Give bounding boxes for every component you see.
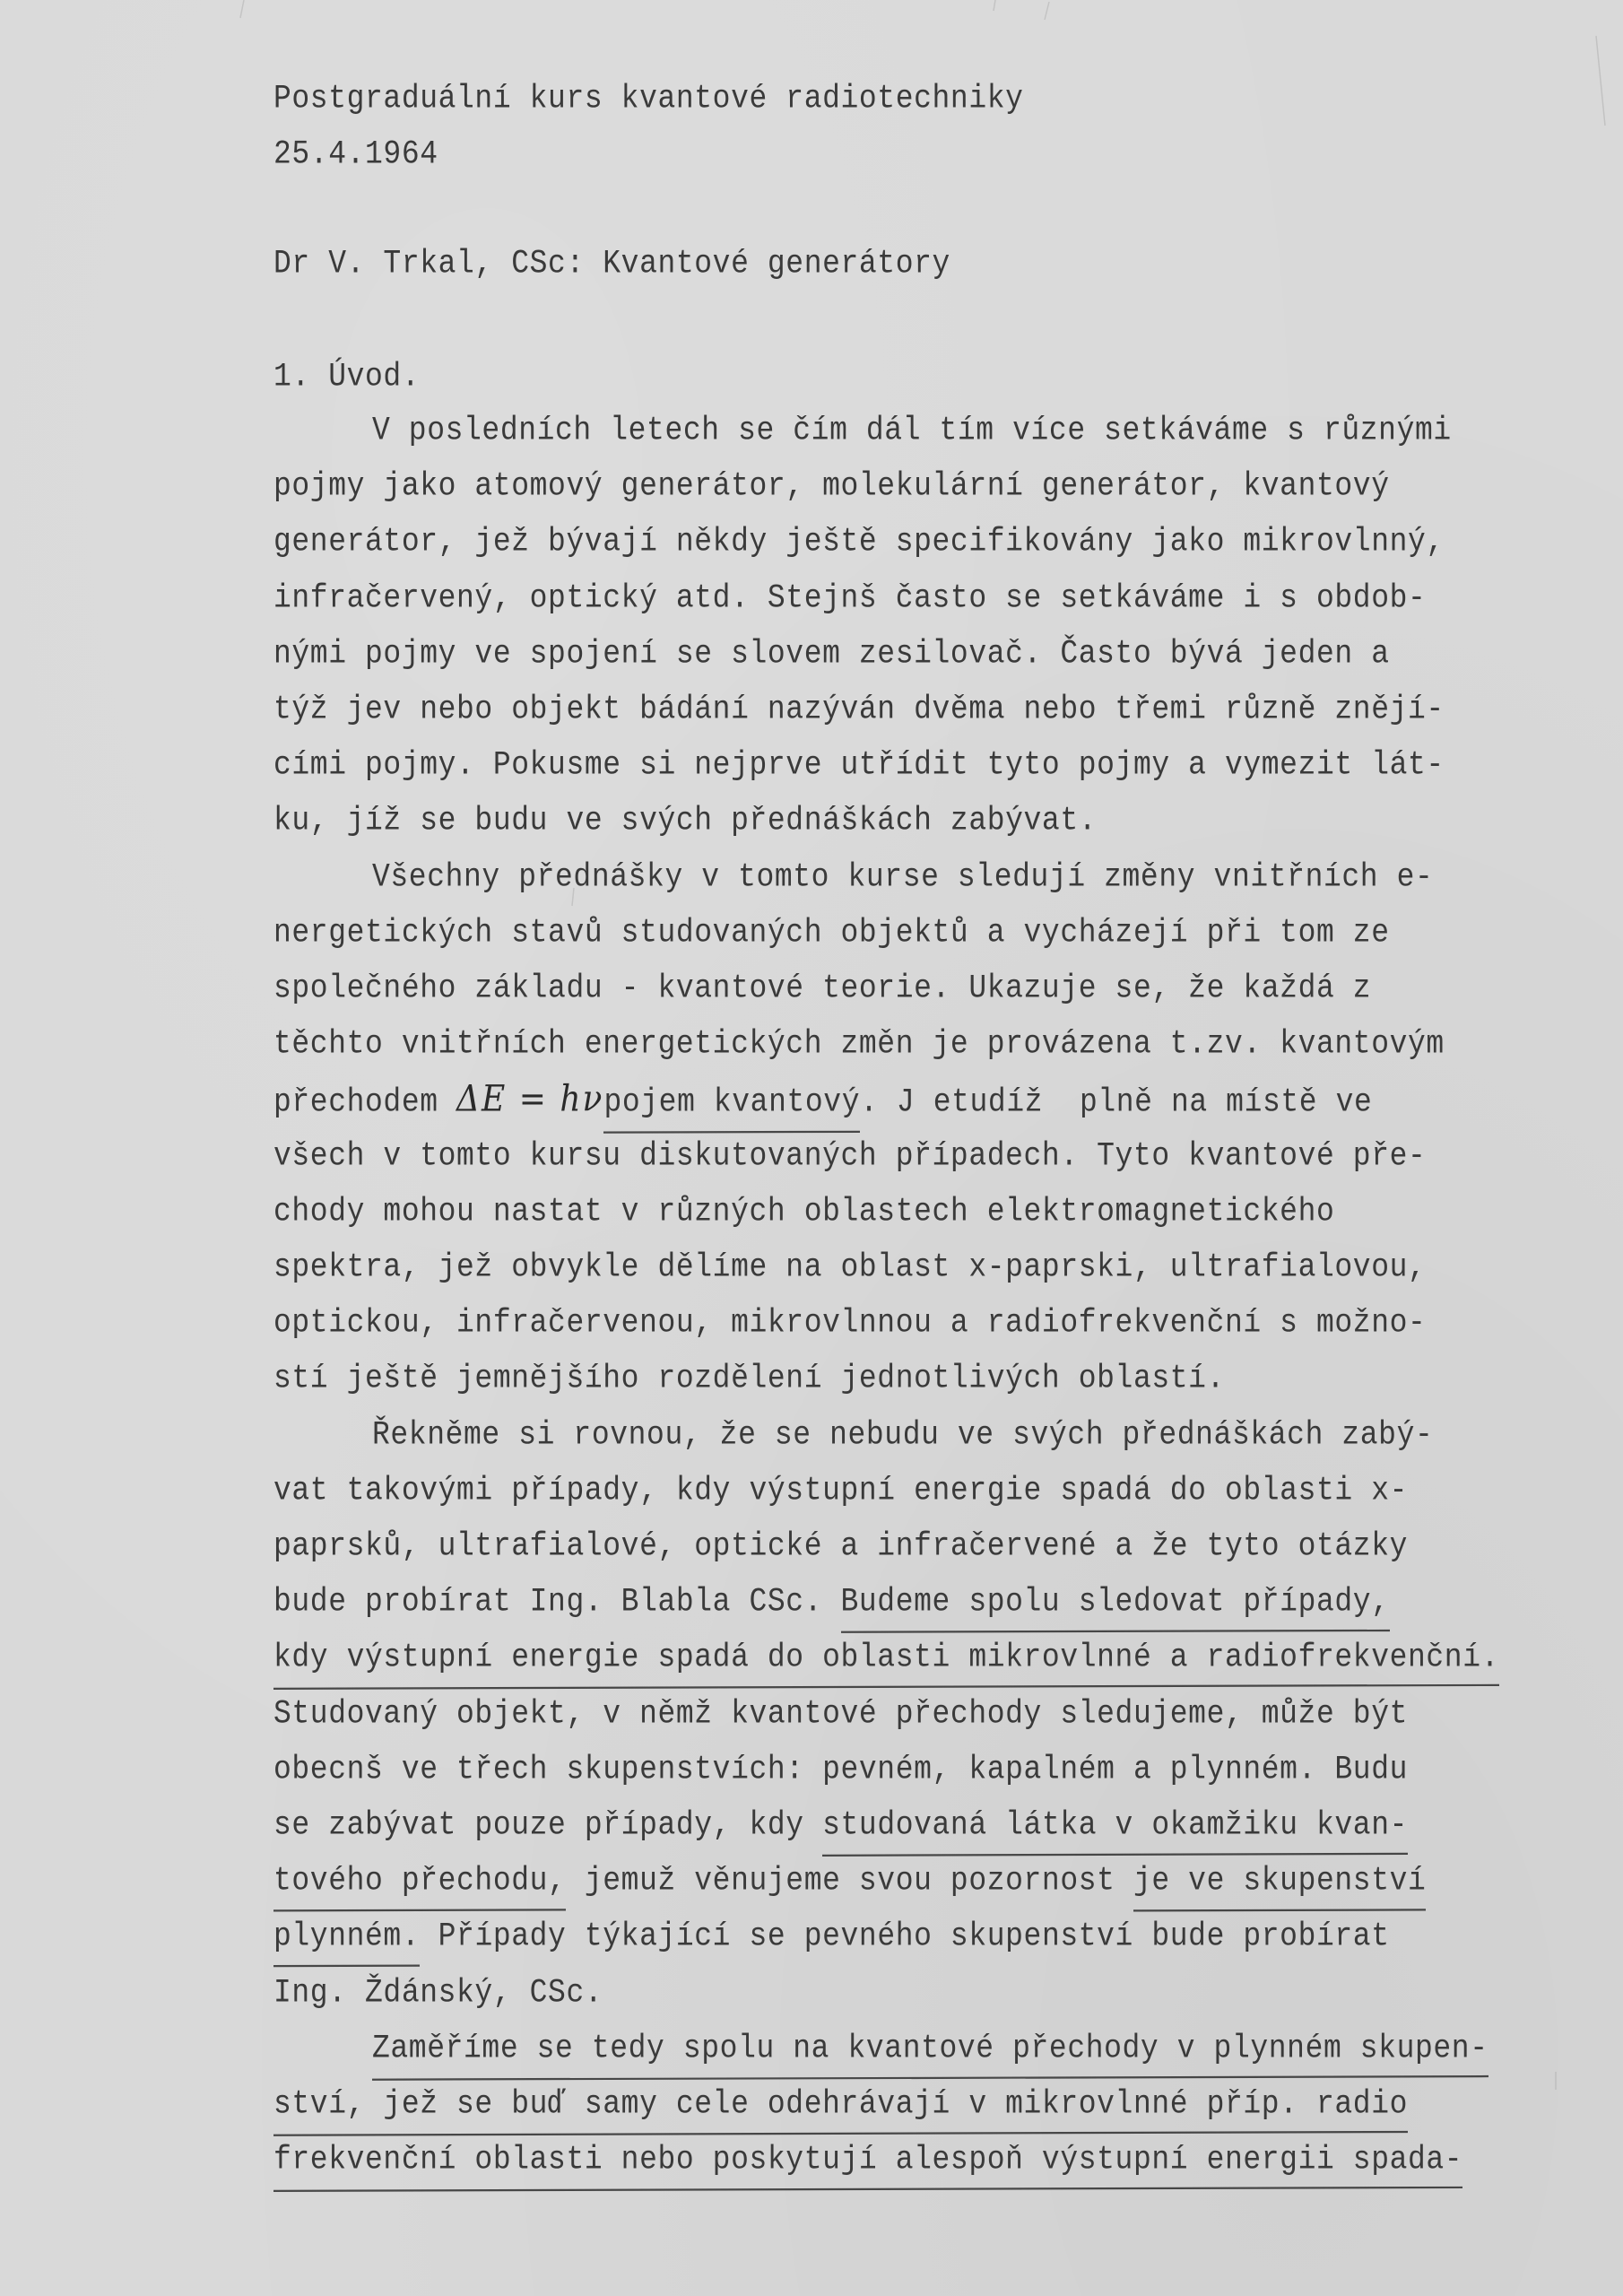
text-line: těchto vnitřních energetických změn je p… (273, 1024, 1445, 1065)
line-text: obecnš ve třech skupenstvích: pevném, ka… (273, 1751, 1408, 1787)
text-line: pojmy jako atomový generátor, molekulárn… (273, 466, 1390, 507)
text-line: plynném. Případy týkající se pevného sku… (273, 1917, 1390, 1957)
text-line: chody mohou nastat v různých oblastech e… (273, 1192, 1334, 1232)
document-date: 25.4.1964 (273, 135, 438, 175)
text-line: společného základu - kvantové teorie. Uk… (273, 969, 1371, 1009)
line-text: chody mohou nastat v různých oblastech e… (273, 1193, 1334, 1230)
line-text: V posledních letech se čím dál tím více … (372, 412, 1452, 448)
line-text: pojmy jako atomový generátor, molekulárn… (273, 467, 1390, 504)
text-line: infračervený, optický atd. Stejnš často … (273, 578, 1426, 619)
underlined-text: tového přechodu, (273, 1862, 566, 1899)
line-text: Studovaný objekt, v němž kvantové přecho… (273, 1695, 1408, 1732)
line-text: všech v tomto kursu diskutovaných případ… (273, 1137, 1426, 1174)
text-line: generátor, jež bývají někdy ještě specif… (273, 522, 1445, 562)
line-text: ku, jíž se budu ve svých přednáškách zab… (273, 803, 1097, 839)
underlined-text: plynném. (273, 1918, 420, 1955)
author-and-topic: Dr V. Trkal, CSc: Kvantové generátory (273, 244, 950, 284)
line-text: Případy týkající se pevného skupenství b… (420, 1918, 1389, 1955)
text-line: ství, jež se buď samy cele odehrávají v … (273, 2084, 1408, 2125)
text-line: nergetických stavů studovaných objektů a… (273, 913, 1390, 953)
text-line: Řekněme si rovnou, že se nebudu ve svých… (372, 1415, 1433, 1456)
underlined-text: kdy výstupní energie spadá do oblasti mi… (273, 1639, 1499, 1676)
line-text: stí ještě jemnějšího rozdělení jednotliv… (273, 1361, 1225, 1397)
text-line: Ing. Ždánský, CSc. (273, 1973, 603, 2013)
line-text: bude probírat Ing. Blabla CSc. (273, 1583, 841, 1620)
text-line: Všechny přednášky v tomto kurse sledují … (372, 857, 1433, 898)
underlined-text: Zaměříme se tedy spolu na kvantové přech… (372, 2030, 1488, 2066)
text-line: stí ještě jemnějšího rozdělení jednotliv… (273, 1359, 1225, 1399)
line-text: společného základu - kvantové teorie. Uk… (273, 970, 1371, 1006)
text-line: přechodem ΔE = hνpojem kvantový. J etudí… (273, 1080, 1372, 1123)
text-line: tového přechodu, jemuž věnujeme svou poz… (273, 1861, 1426, 1901)
line-text: optickou, infračervenou, mikrovlnnou a r… (273, 1304, 1426, 1341)
text-line: spektra, jež obvykle dělíme na oblast x-… (273, 1248, 1426, 1288)
line-text: . J etudíž (860, 1084, 1061, 1121)
text-line: cími pojmy. Pokusme si nejprve utřídit t… (273, 745, 1445, 786)
course-title: Postgraduální kurs kvantové radiotechnik… (273, 79, 1024, 119)
line-text: Řekněme si rovnou, že se nebudu ve svých… (372, 1416, 1433, 1453)
underlined-text: Budeme spolu sledovat případy, (841, 1583, 1390, 1620)
text-line: nými pojmy ve spojení se slovem zesilova… (273, 634, 1390, 674)
text-line: se zabývat pouze případy, kdy studovaná … (273, 1805, 1408, 1846)
text-line: optickou, infračervenou, mikrovlnnou a r… (273, 1303, 1426, 1344)
line-text: spektra, jež obvykle dělíme na oblast x-… (273, 1248, 1426, 1285)
line-text: Všechny přednášky v tomto kurse sledují … (372, 858, 1433, 895)
line-text: plně na místě ve (1062, 1084, 1373, 1121)
underlined-text: pojem kvantový (603, 1084, 860, 1121)
text-line: frekvenční oblasti nebo poskytují alespo… (273, 2140, 1462, 2180)
line-text: nými pojmy ve spojení se slovem zesilova… (273, 635, 1390, 672)
line-text: těchto vnitřních energetických změn je p… (273, 1025, 1445, 1062)
line-text: jemuž věnujeme svou pozornost (566, 1862, 1133, 1899)
text-line: kdy výstupní energie spadá do oblasti mi… (273, 1638, 1499, 1678)
text-line: V posledních letech se čím dál tím více … (372, 411, 1452, 451)
text-line: paprsků, ultrafialové, optické a infrače… (273, 1526, 1408, 1567)
line-text: nergetických stavů studovaných objektů a… (273, 914, 1390, 951)
handwritten-formula: ΔE = hν (456, 1079, 603, 1120)
text-line: týž jev nebo objekt bádání nazýván dvěma… (273, 690, 1445, 730)
text-line: všech v tomto kursu diskutovaných případ… (273, 1136, 1426, 1177)
text-line: Studovaný objekt, v němž kvantové přecho… (273, 1694, 1408, 1735)
text-line: vat takovými případy, kdy výstupní energ… (273, 1471, 1408, 1511)
section-heading: 1. Úvod. (273, 357, 420, 397)
underlined-text: frekvenční oblasti nebo poskytují alespo… (273, 2141, 1462, 2178)
text-line: bude probírat Ing. Blabla CSc. Budeme sp… (273, 1582, 1390, 1622)
typewritten-page: Postgraduální kurs kvantové radiotechnik… (0, 0, 1623, 2296)
text-line: obecnš ve třech skupenstvích: pevném, ka… (273, 1750, 1408, 1790)
line-text: paprsků, ultrafialové, optické a infrače… (273, 1527, 1408, 1564)
underlined-text: studovaná látka v okamžiku kvan- (822, 1806, 1408, 1843)
line-text: cími pojmy. Pokusme si nejprve utřídit t… (273, 746, 1445, 783)
underlined-text: ství, jež se buď samy cele odehrávají v … (273, 2085, 1408, 2122)
line-text: Ing. Ždánský, CSc. (273, 1974, 603, 2011)
text-line: ku, jíž se budu ve svých přednáškách zab… (273, 801, 1097, 841)
text-line: Zaměříme se tedy spolu na kvantové přech… (372, 2029, 1488, 2069)
line-text: infračervený, optický atd. Stejnš často … (273, 579, 1426, 616)
line-text: vat takovými případy, kdy výstupní energ… (273, 1472, 1408, 1509)
line-text: generátor, jež bývají někdy ještě specif… (273, 524, 1445, 561)
underlined-text: je ve skupenství (1133, 1862, 1426, 1899)
line-text: přechodem (273, 1084, 456, 1121)
line-text: se zabývat pouze případy, kdy (273, 1806, 822, 1843)
line-text: týž jev nebo objekt bádání nazýván dvěma… (273, 691, 1445, 727)
